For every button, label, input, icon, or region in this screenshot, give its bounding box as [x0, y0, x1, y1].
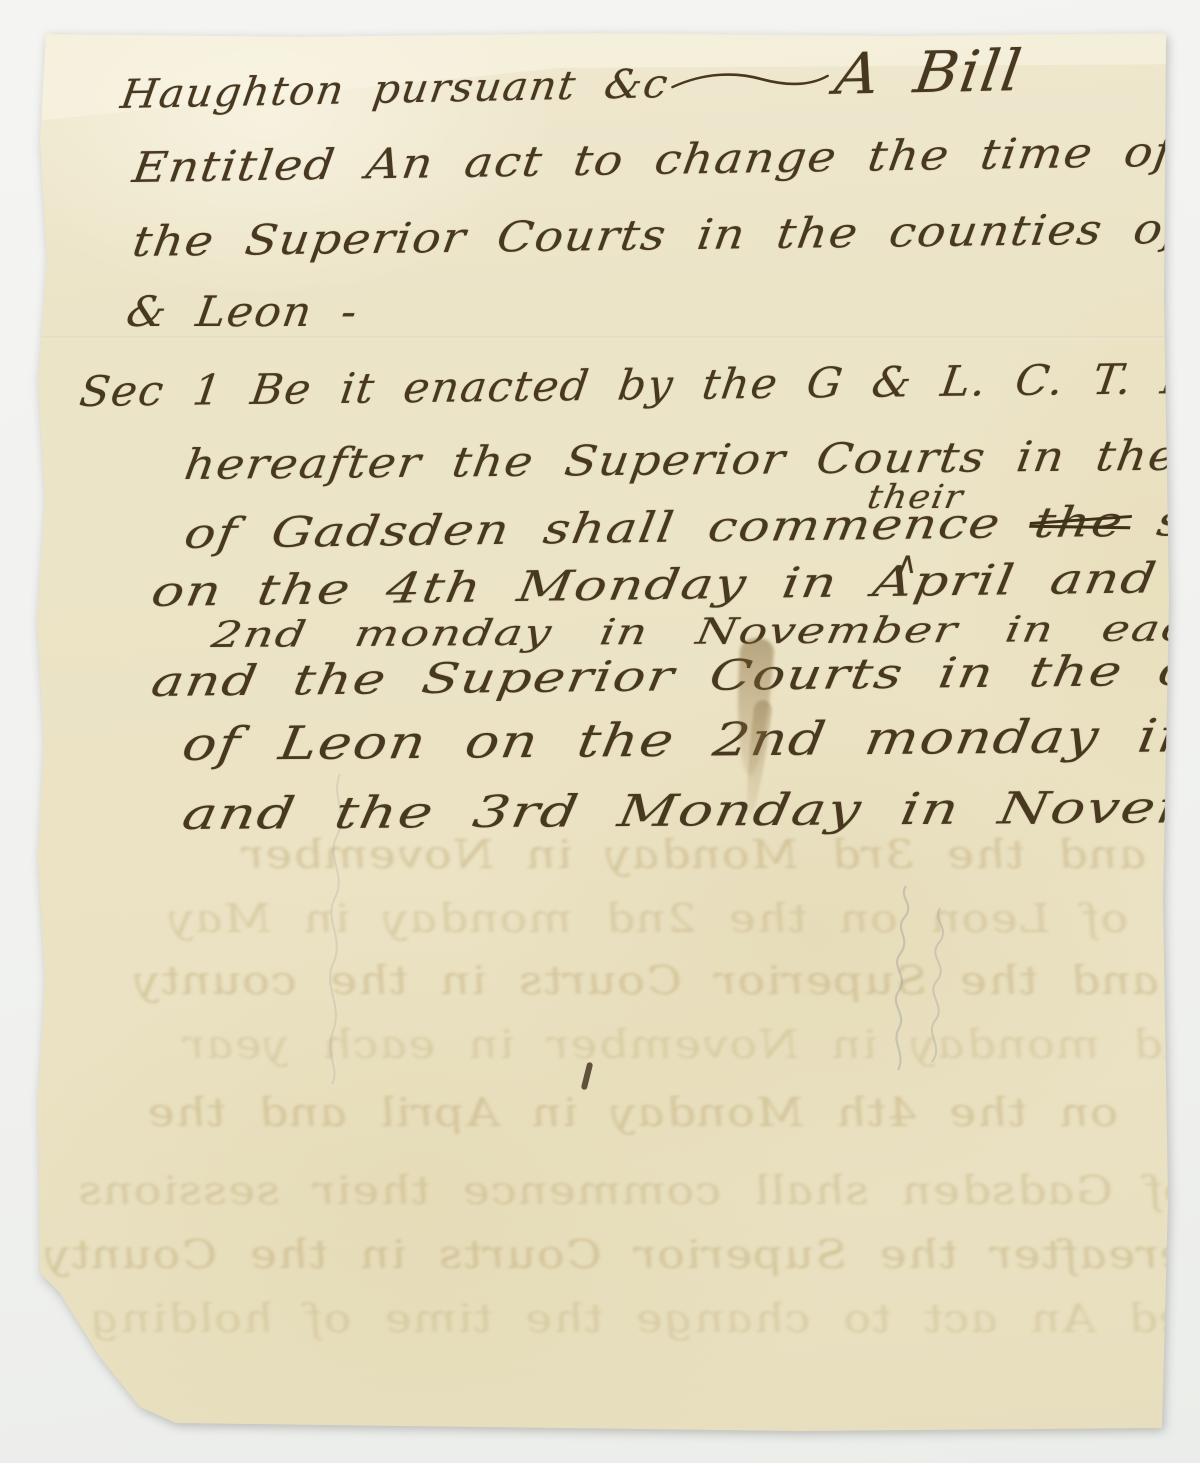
pen-flourish [669, 68, 831, 97]
fold-crease-middle [40, 336, 1165, 340]
body-line: Sec 1 Be it enacted by the G & L. C. T. … [77, 352, 1200, 416]
bleed-through-line: of Gadsden shall commence their sessions [74, 1168, 1196, 1214]
body-line: hereafter the Superior Courts in the Cou… [181, 429, 1200, 489]
body-line: of Leon on the 2nd monday in May [179, 707, 1200, 771]
paper-shadow: and the 3rd Monday in November of Leon o… [0, 0, 1200, 1463]
title-line: & Leon - [123, 287, 361, 336]
body-line: and the 3rd Monday in November. [179, 781, 1200, 840]
pencil-scribble [868, 878, 978, 1078]
bleed-through-line: and the Superior Courts in the county [129, 958, 1163, 1004]
body-line-with-correction: of Gadsden shall commence the sessions [181, 494, 1200, 558]
docket-endorsement: Haughton pursuant &c [118, 61, 672, 118]
manuscript-page: and the 3rd Monday in November of Leon o… [0, 0, 1200, 1463]
title-line: Entitled An act to change the time of ho… [130, 123, 1200, 192]
bleed-through-line: Entitled An act to change the time of ho… [86, 1296, 1200, 1342]
struck-out-word: the [1031, 497, 1127, 547]
bleed-through-line: on the 4th Monday in April and the [143, 1090, 1122, 1136]
body-line: on the 4th Monday in April and the [148, 552, 1200, 616]
bleed-through-line: and the 3rd Monday in November [237, 832, 1150, 878]
scan-background: and the 3rd Monday in November of Leon o… [0, 0, 1200, 1463]
interlined-insertion: their [865, 477, 967, 516]
title-line: the Superior Courts in the counties of G… [130, 201, 1200, 266]
bill-heading: A Bill [831, 38, 1027, 108]
bleed-through-line: hereafter the Superior Courts in the Cou… [40, 1232, 1200, 1278]
body-text: sessions [1120, 494, 1200, 546]
